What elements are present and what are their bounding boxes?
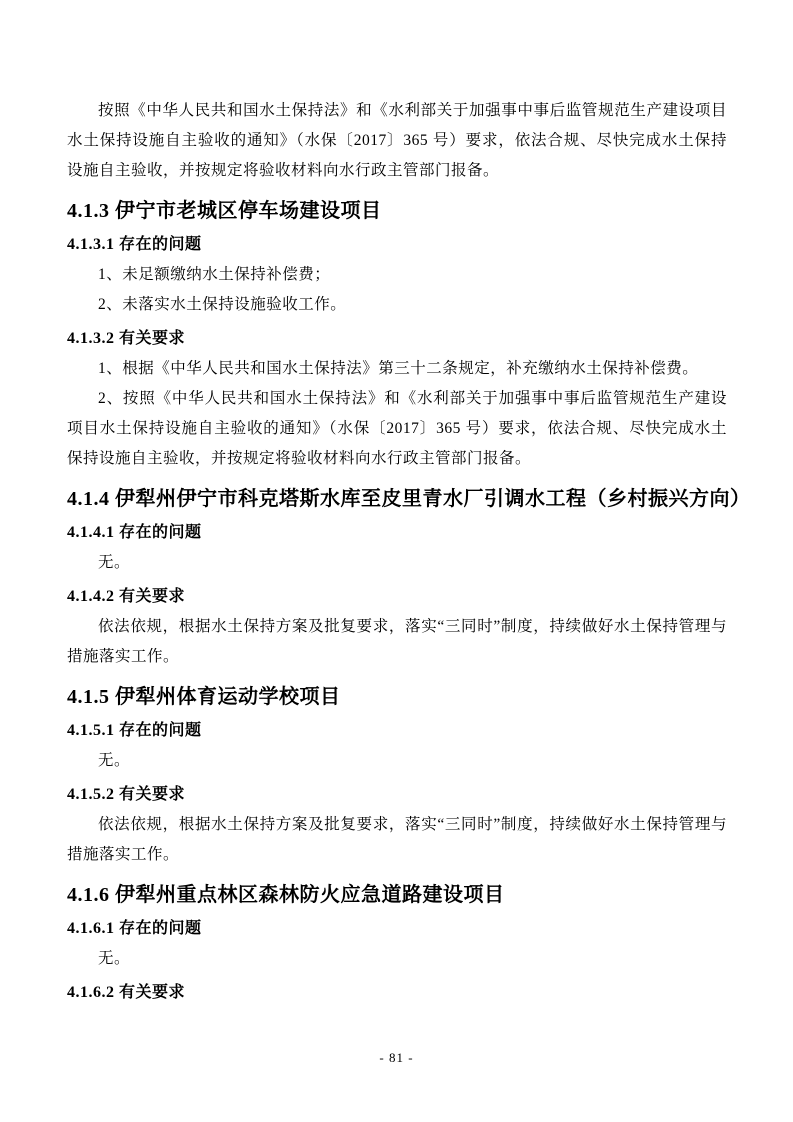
section-heading-4-1-6: 4.1.6 伊犁州重点林区森林防火应急道路建设项目 bbox=[67, 880, 727, 910]
subsection-heading-4-1-3-2: 4.1.3.2 有关要求 bbox=[67, 324, 727, 354]
section-heading-4-1-5: 4.1.5 伊犁州体育运动学校项目 bbox=[67, 682, 727, 712]
body-paragraph: 1、根据《中华人民共和国水土保持法》第三十二条规定，补充缴纳水土保持补偿费。 bbox=[67, 354, 727, 384]
subsection-heading-4-1-4-2: 4.1.4.2 有关要求 bbox=[67, 582, 727, 612]
intro-paragraph: 按照《中华人民共和国水土保持法》和《水利部关于加强事中事后监管规范生产建设项目水… bbox=[67, 96, 727, 186]
subsection-heading-4-1-6-2: 4.1.6.2 有关要求 bbox=[67, 978, 727, 1008]
document-content: 按照《中华人民共和国水土保持法》和《水利部关于加强事中事后监管规范生产建设项目水… bbox=[0, 0, 793, 1008]
body-paragraph: 无。 bbox=[67, 548, 727, 578]
subsection-heading-4-1-3-1: 4.1.3.1 存在的问题 bbox=[67, 230, 727, 260]
subsection-heading-4-1-4-1: 4.1.4.1 存在的问题 bbox=[67, 518, 727, 548]
body-paragraph: 依法依规，根据水土保持方案及批复要求，落实“三同时”制度，持续做好水土保持管理与… bbox=[67, 612, 727, 672]
page-footer: - 81 - bbox=[0, 1050, 793, 1066]
subsection-heading-4-1-5-1: 4.1.5.1 存在的问题 bbox=[67, 716, 727, 746]
body-paragraph: 无。 bbox=[67, 944, 727, 974]
subsection-heading-4-1-6-1: 4.1.6.1 存在的问题 bbox=[67, 914, 727, 944]
body-paragraph: 1、未足额缴纳水土保持补偿费； bbox=[67, 260, 727, 290]
subsection-heading-4-1-5-2: 4.1.5.2 有关要求 bbox=[67, 780, 727, 810]
body-paragraph: 依法依规，根据水土保持方案及批复要求，落实“三同时”制度，持续做好水土保持管理与… bbox=[67, 810, 727, 870]
body-paragraph: 2、未落实水土保持设施验收工作。 bbox=[67, 290, 727, 320]
body-paragraph: 无。 bbox=[67, 746, 727, 776]
document-page: 按照《中华人民共和国水土保持法》和《水利部关于加强事中事后监管规范生产建设项目水… bbox=[0, 0, 793, 1122]
section-heading-4-1-3: 4.1.3 伊宁市老城区停车场建设项目 bbox=[67, 196, 727, 226]
section-heading-4-1-4: 4.1.4 伊犁州伊宁市科克塔斯水库至皮里青水厂引调水工程（乡村振兴方向） bbox=[67, 484, 727, 514]
page-number: - 81 - bbox=[379, 1050, 413, 1065]
body-paragraph: 2、按照《中华人民共和国水土保持法》和《水利部关于加强事中事后监管规范生产建设项… bbox=[67, 384, 727, 474]
